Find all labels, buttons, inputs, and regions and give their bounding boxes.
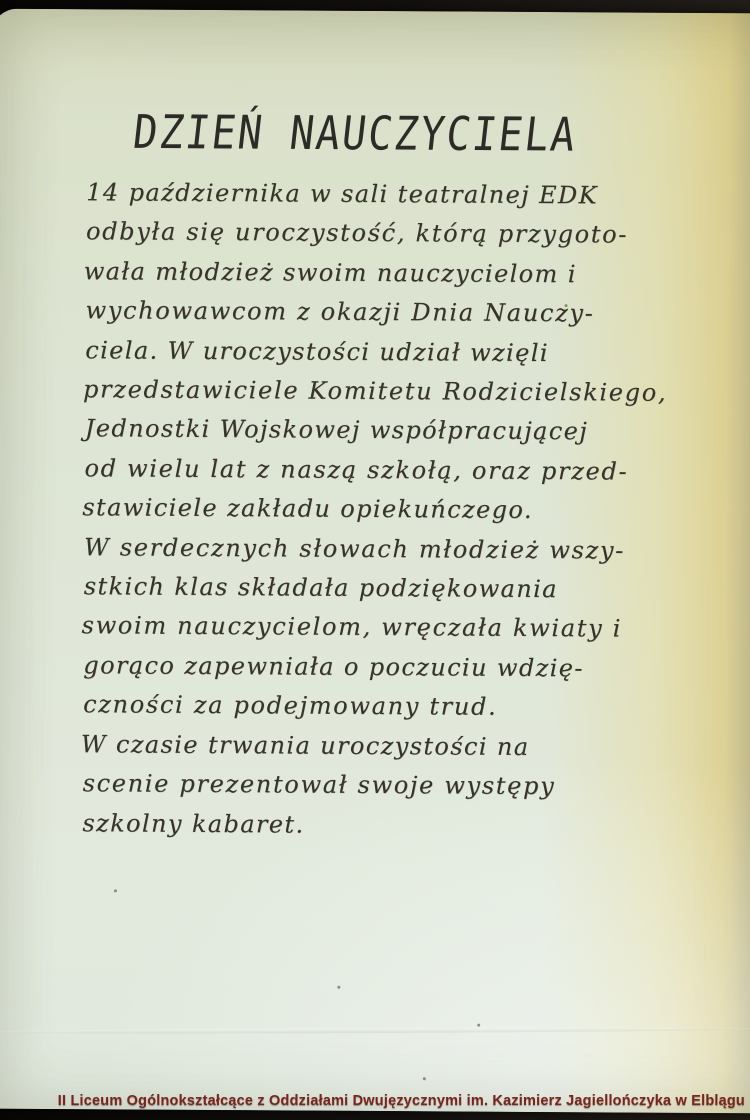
handwritten-line: wychowawcom z okazji Dnia Nauczy-	[85, 291, 695, 334]
paper-speck	[477, 1024, 480, 1027]
handwritten-line: odbyła się uroczystość, którą przygoto-	[86, 213, 696, 256]
watermark-caption: II Liceum Ogólnokształcące z Oddziałami …	[5, 1093, 745, 1109]
handwritten-line: scenie prezentował swoje występy	[83, 764, 693, 807]
handwritten-line: stkich klas składała podziękowania	[84, 567, 694, 610]
page-content: DZIEŃ NAUCZYCIELA 14 października w sali…	[82, 113, 696, 847]
handwritten-line: od wielu lat z naszą szkołą, oraz przed-	[84, 449, 694, 492]
handwritten-line: 14 października w sali teatralnej EDK	[86, 173, 696, 216]
handwritten-line: czności za podejmowany trud.	[83, 685, 693, 728]
photo-background: DZIEŃ NAUCZYCIELA 14 października w sali…	[0, 0, 750, 1120]
handwritten-line: Jednostki Wojskowej współpracującej	[85, 410, 695, 453]
handwritten-line: stawiciele zakładu opiekuńczego.	[82, 488, 692, 531]
paper-speck	[114, 889, 117, 892]
page-title: DZIEŃ NAUCZYCIELA	[130, 106, 702, 163]
handwritten-line: W czasie trwania uroczystości na	[81, 725, 691, 768]
handwritten-line: swoim nauczycielom, wręczała kwiaty i	[81, 607, 691, 650]
paper-speck	[423, 1077, 426, 1080]
handwritten-line: wała młodzież swoim nauczycielom i	[84, 252, 694, 295]
handwritten-line: W serdecznych słowach młodzież wszy-	[84, 528, 694, 571]
handwritten-line: ciela. W uroczystości udział wzięli	[85, 331, 695, 374]
paper-speck	[214, 460, 217, 463]
handwritten-text: 14 października w sali teatralnej EDK od…	[82, 173, 696, 847]
paper-speck	[565, 304, 568, 307]
notebook-page: DZIEŃ NAUCZYCIELA 14 października w sali…	[0, 9, 750, 1114]
paper-crease	[0, 1026, 750, 1034]
handwritten-line: przedstawiciele Komitetu Rodzicielskiego…	[83, 370, 693, 413]
paper-speck	[337, 986, 340, 989]
handwritten-line: gorąco zapewniała o poczuciu wdzię-	[83, 646, 693, 689]
handwritten-line: szkolny kabaret.	[82, 804, 692, 847]
